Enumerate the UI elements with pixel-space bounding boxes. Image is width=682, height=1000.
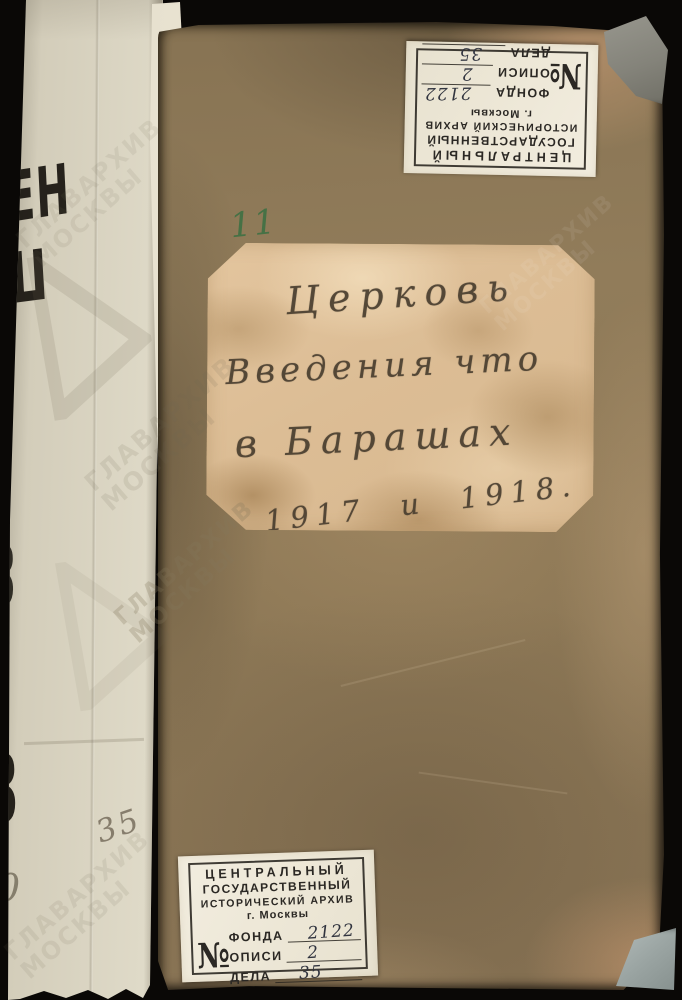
numero-sign: № <box>197 939 230 975</box>
archive-stamp-top-inverted: ЦЕНТРАЛЬНЫЙ ГОСУДАРСТВЕННЫЙ ИСТОРИЧЕСКИЙ… <box>404 41 599 177</box>
delo-number-handwritten: 35 <box>458 43 482 63</box>
stamp-row-delo: ДЕЛА 35 <box>230 960 363 985</box>
archival-book-cover-photo: ЕН Ш 7 3 8 35 0 11 Церковь Введения что … <box>0 0 682 1000</box>
spine-stencil-fragment: 3 <box>0 532 18 622</box>
cover-board: 11 Церковь Введения что в Барашах 1917 и… <box>158 22 664 990</box>
scratch-mark <box>419 772 568 795</box>
numero-sign: № <box>549 57 582 92</box>
stamp-org-line: ЦЕНТРАЛЬНЫЙ <box>420 147 580 165</box>
delo-number-handwritten: 35 <box>299 962 324 984</box>
stamp-row-fond: ФОНДА 2122 <box>421 83 549 106</box>
spine-crease <box>89 0 100 1000</box>
title-line-church: Церковь <box>284 265 518 323</box>
stamp-border-box: ЦЕНТРАЛЬНЫЙ ГОСУДАРСТВЕННЫЙ ИСТОРИЧЕСКИЙ… <box>414 48 588 170</box>
title-label: Церковь Введения что в Барашах 1917 и 19… <box>206 243 595 533</box>
pencil-mark: 0 <box>0 866 20 910</box>
pencil-case-number: 35 <box>91 802 146 851</box>
archive-stamp-bottom: ЦЕНТРАЛЬНЫЙ ГОСУДАРСТВЕННЫЙ ИСТОРИЧЕСКИЙ… <box>178 850 378 983</box>
stamp-underline: 35 <box>275 959 363 983</box>
stamp-underline: 2 <box>421 63 492 85</box>
stamp-number-rows: № ФОНДА 2122 ОПИСИ 2 ДЕЛА 35 <box>196 920 362 989</box>
stamp-border-box: ЦЕНТРАЛЬНЫЙ ГОСУДАРСТВЕННЫЙ ИСТОРИЧЕСКИЙ… <box>188 857 368 975</box>
scratch-mark <box>341 639 526 687</box>
title-line-barashi: в Барашах <box>234 409 520 466</box>
opis-number-handwritten: 2 <box>461 63 473 83</box>
stamp-row-delo: ДЕЛА 35 <box>422 43 550 66</box>
spine-stencil-fragment: ЕН <box>6 154 72 233</box>
spine-stencil-fragment: 7 <box>0 398 13 459</box>
title-line-years: 1917 и 1918. <box>263 468 579 538</box>
title-line-vvedeniya: Введения что <box>224 339 544 393</box>
stamp-underline: 35 <box>422 43 505 66</box>
stamp-underline: 2122 <box>421 83 491 105</box>
stamp-org-line: ИСТОРИЧЕСКИЙ АРХИВ <box>421 118 581 133</box>
stamp-number-rows: № ФОНДА 2122 ОПИСИ 2 ДЕЛА 35 <box>421 40 582 106</box>
fond-number-handwritten: 2122 <box>424 83 472 104</box>
stamp-row-opis: ОПИСИ 2 <box>422 63 550 86</box>
spine-crease <box>24 738 144 745</box>
green-ink-corner-mark: 11 <box>228 202 279 247</box>
spine-stencil-fragment: Ш <box>0 241 50 318</box>
spine-stencil-fragment: 8 <box>0 742 19 838</box>
